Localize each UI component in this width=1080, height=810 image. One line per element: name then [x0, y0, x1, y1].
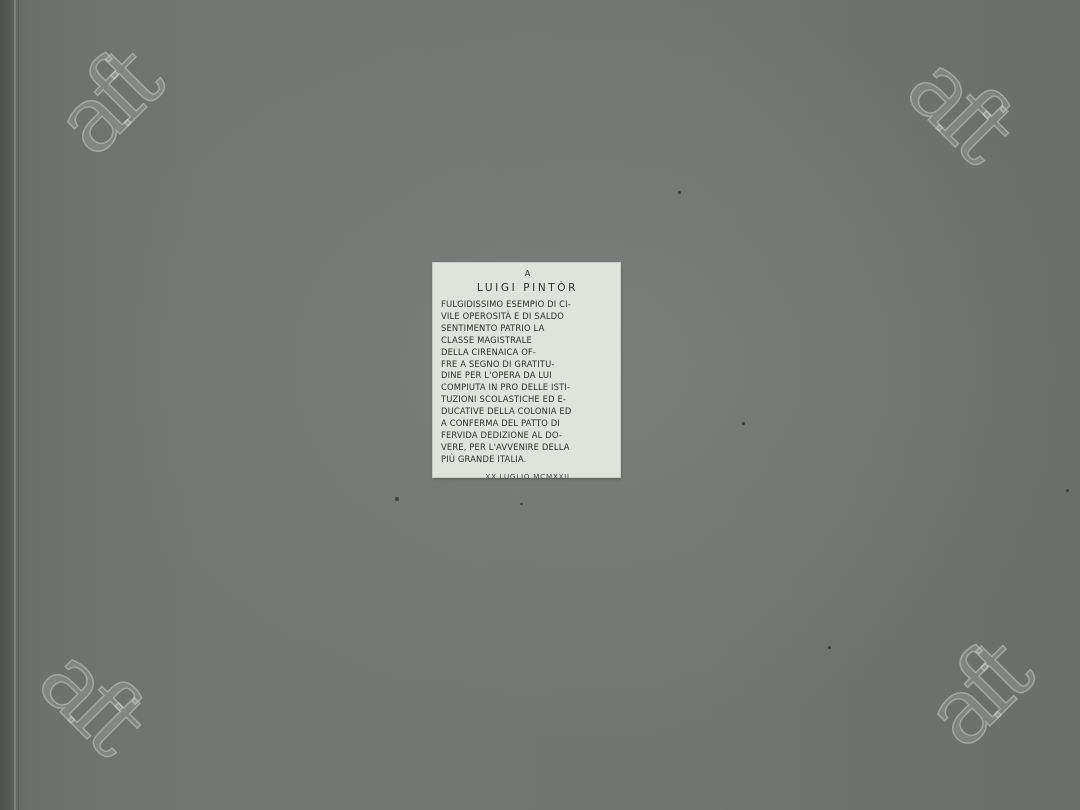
label-salutation: A [441, 269, 614, 279]
paper-speck [520, 503, 523, 505]
label-recipient: LUIGI PINTÒR [441, 281, 614, 295]
paper-speck [678, 191, 681, 194]
binding-line-inner [18, 0, 19, 810]
watermark-top-left: aft [40, 38, 173, 171]
binding-line [14, 0, 16, 810]
paper-speck [742, 422, 745, 425]
watermark-bottom-right: aft [910, 630, 1043, 763]
label-body: FULGIDISSIMO ESEMPIO DI CI- VILE OPEROSI… [441, 299, 614, 466]
dedication-label: A LUIGI PINTÒR FULGIDISSIMO ESEMPIO DI C… [433, 263, 620, 477]
watermark-top-right: aft [892, 40, 1025, 173]
paper-speck [395, 497, 399, 501]
album-page: aft aft aft aft A LUIGI PINTÒR FULGIDISS… [0, 0, 1080, 810]
paper-speck [828, 646, 831, 649]
binding-edge [0, 0, 14, 810]
watermark-bottom-left: aft [24, 632, 157, 765]
paper-speck [1066, 489, 1069, 492]
label-date: XX LUGLIO MCMXXII [441, 472, 614, 481]
